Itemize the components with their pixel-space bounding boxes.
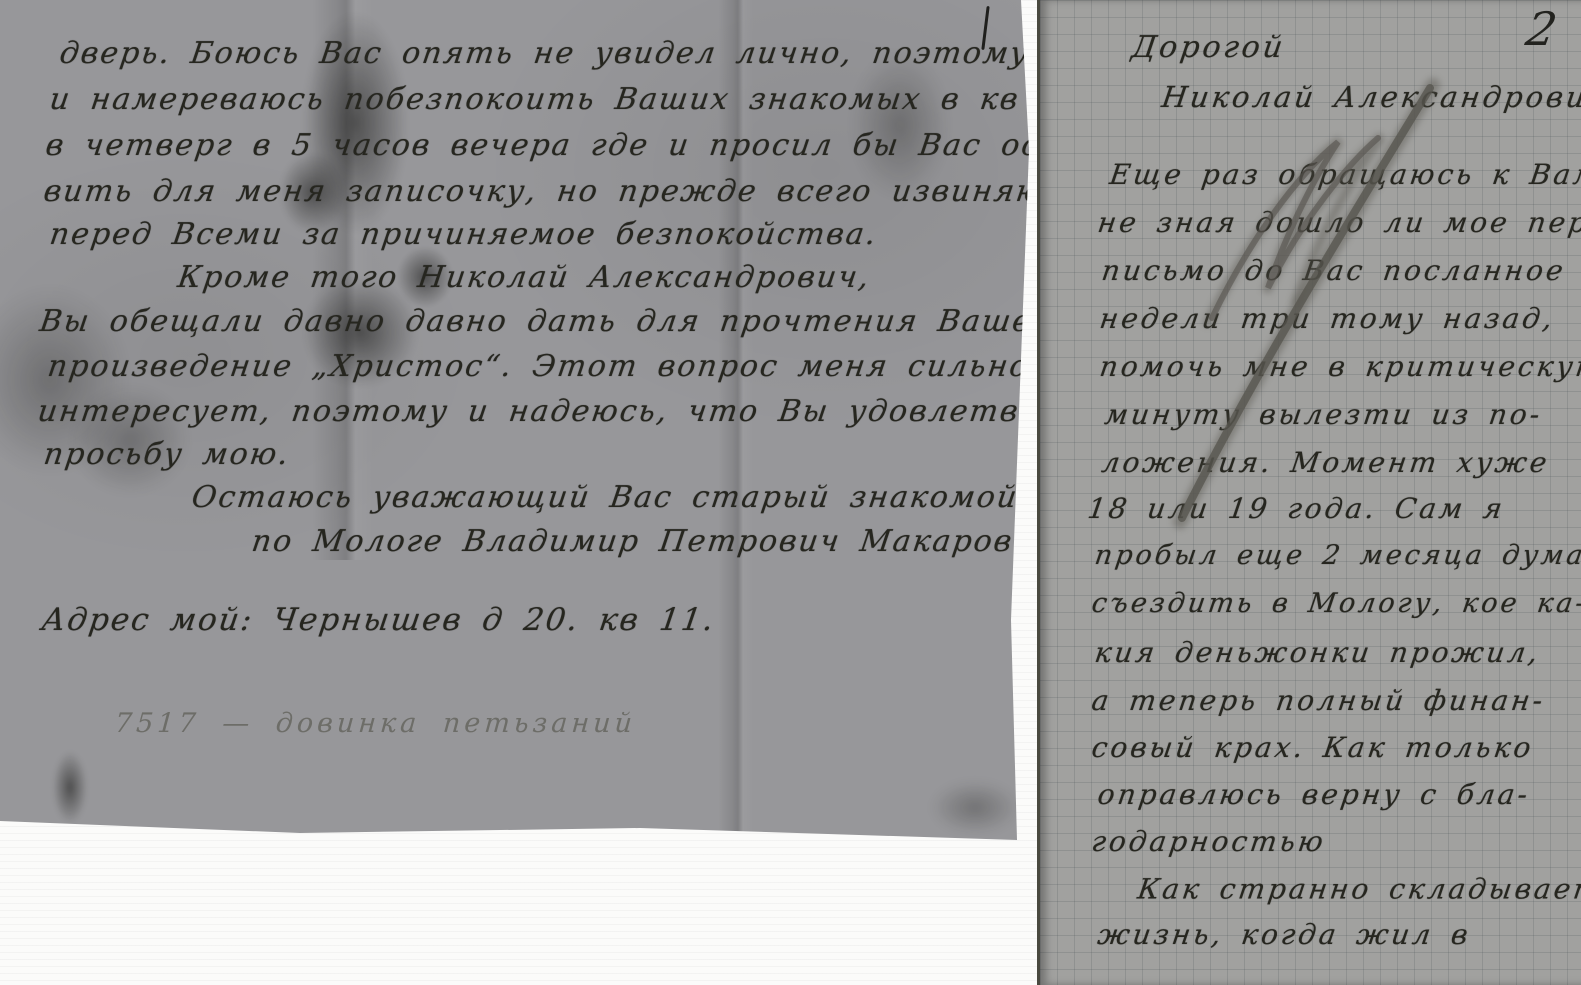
page-number: 2 xyxy=(1522,2,1561,56)
handwriting-line: ложения. Момент хуже xyxy=(1100,446,1552,479)
handwriting-text: Как странно складывает xyxy=(1136,872,1581,905)
handwriting-line: Кроме того Николай Александрович, xyxy=(176,260,873,295)
pencil-note: 7517 — довинка петьзаний xyxy=(114,708,637,739)
handwriting-line: оправлюсь верну с бла- xyxy=(1096,778,1533,811)
right-page: 2 Дорогой Николай Александрович Еще раз … xyxy=(1037,0,1581,985)
handwriting-line: вить для меня записочку, но прежде всего… xyxy=(42,174,1085,209)
handwriting-line: Остаюсь уважающий Вас старый знакомой xyxy=(190,480,1021,515)
handwriting-line: Еще раз обращаюсь к Вам, xyxy=(1108,158,1581,191)
handwriting-line: 18 или 19 года. Сам я xyxy=(1086,492,1508,525)
left-page: дверь. Боюсь Вас опять не увидел лично, … xyxy=(0,0,1032,846)
handwriting-line: интересует, поэтому и надеюсь, что Вы уд… xyxy=(36,394,1135,429)
handwriting-line: минуту вылезти из по- xyxy=(1103,398,1545,431)
handwriting-line: в четверг в 5 часов вечера где и просил … xyxy=(44,128,1106,163)
handwriting-line: жизнь, когда жил в xyxy=(1096,918,1473,951)
handwriting-line: пробыл еще 2 месяца думал xyxy=(1093,540,1581,571)
handwriting-line: Николай Александрович xyxy=(1160,80,1581,114)
handwriting-line: а теперь полный финан- xyxy=(1090,684,1548,717)
handwriting-line: письмо до Вас посланное xyxy=(1100,254,1568,287)
handwriting-line: Адрес мой: Чернышев д 20. кв 11. xyxy=(39,602,717,638)
handwriting-line: помочь мне в критическую xyxy=(1098,350,1581,383)
handwriting-line: перед Всеми за причиняемое безпокойства. xyxy=(48,217,880,252)
handwriting-line: не зная дошло ли мое первое xyxy=(1096,206,1581,239)
handwriting-line: по Мологе Владимир Петрович Макаров xyxy=(250,524,1016,559)
handwriting-line: совый крах. Как только xyxy=(1090,731,1536,764)
handwriting-line: Дорогой xyxy=(1130,30,1288,65)
handwriting-line: кия деньжонки прожил, xyxy=(1093,636,1543,669)
scan-canvas: дверь. Боюсь Вас опять не увидел лично, … xyxy=(0,0,1581,985)
handwriting-line: и намереваюсь побезпокоить Ваших знакомы… xyxy=(48,82,1115,117)
handwriting-line: съездить в Мологу, кое ка- xyxy=(1090,588,1581,619)
ink-blot xyxy=(930,780,1020,835)
ink-blot xyxy=(52,750,88,825)
handwriting-line: Как странно складывается xyxy=(1136,872,1581,905)
handwriting-line: недели три тому назад, xyxy=(1098,302,1558,335)
handwriting-line: годарностью xyxy=(1090,825,1328,858)
handwriting-line: Вы обещали давно давно дать для прочтени… xyxy=(38,304,1035,339)
handwriting-line: просьбу мою. xyxy=(42,437,293,472)
handwriting-line: произведение „Христос“. Этот вопрос меня… xyxy=(46,349,1033,384)
handwriting-line: дверь. Боюсь Вас опять не увидел лично, … xyxy=(58,36,1032,71)
